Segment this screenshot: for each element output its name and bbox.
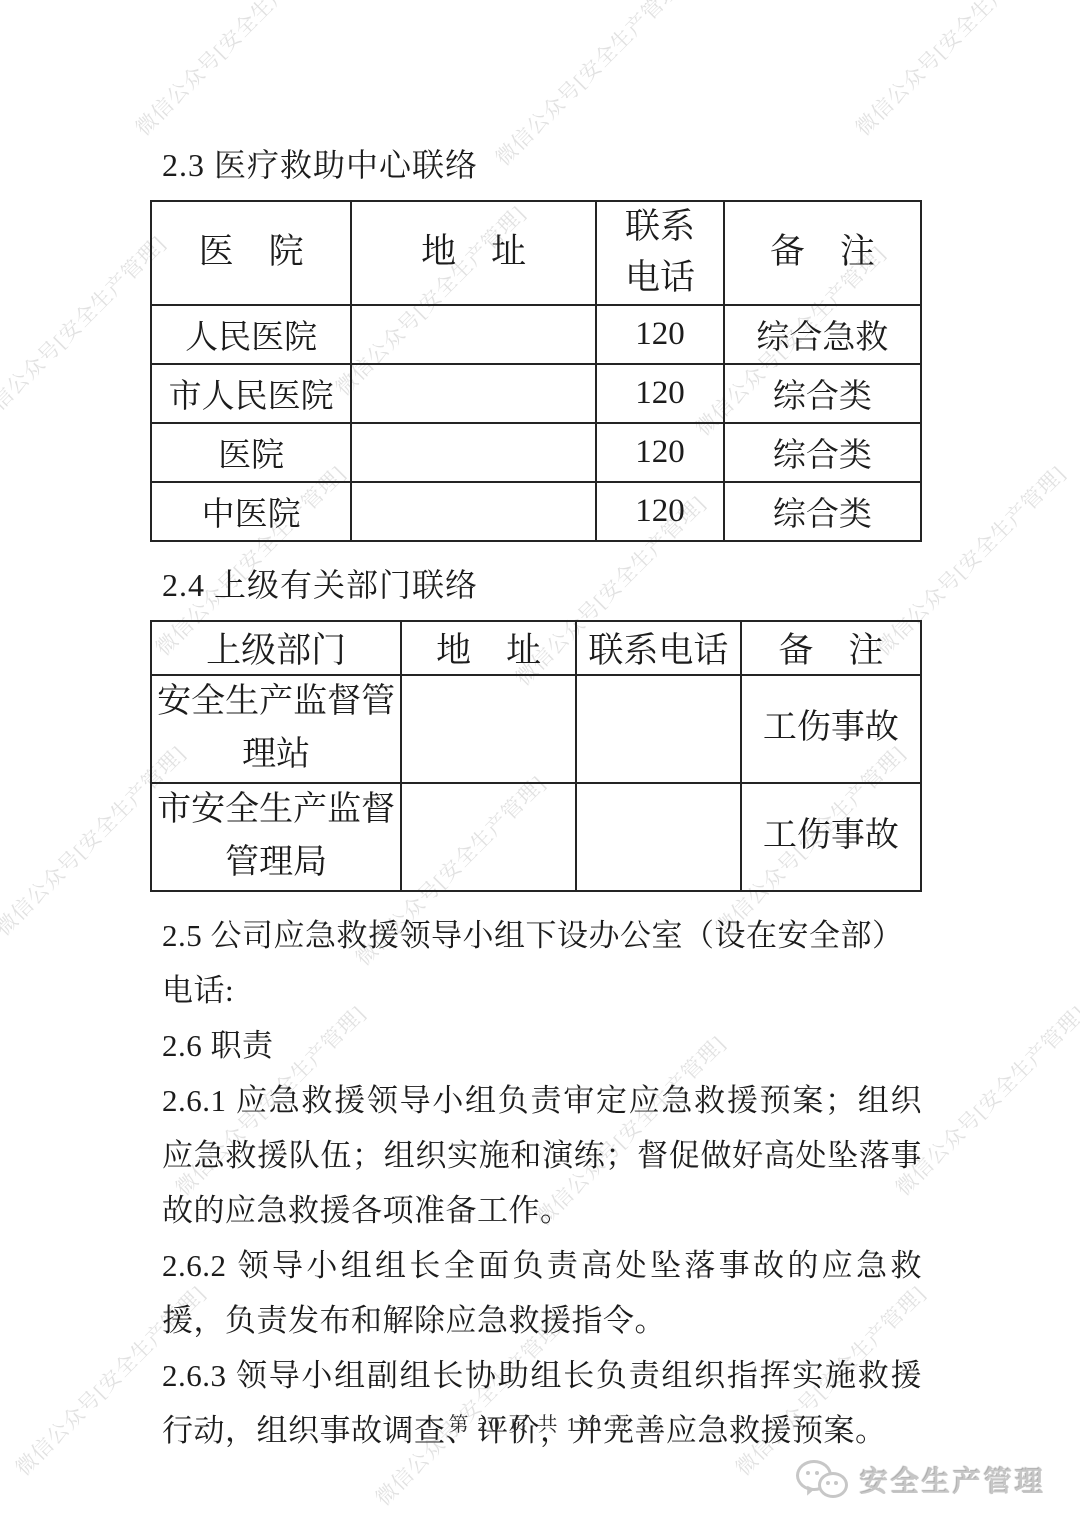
cell-address: [401, 675, 576, 783]
cell-hospital: 中医院: [151, 482, 351, 541]
header-hospital: 医 院: [151, 201, 351, 305]
header-note: 备 注: [741, 621, 921, 675]
cell-note: 综合类: [724, 423, 921, 482]
section-2-6-heading: 2.6 职责: [162, 1018, 922, 1073]
cell-phone: 120: [596, 305, 724, 364]
cell-hospital: 医院: [151, 423, 351, 482]
header-phone: 联系 电话: [596, 201, 724, 305]
cell-department: 市安全生产监督管理局: [151, 783, 401, 891]
table-row: 中医院 120 综合类: [151, 482, 921, 541]
header-address: 地 址: [351, 201, 596, 305]
bubble-tail: [803, 1486, 814, 1498]
header-address: 地 址: [401, 621, 576, 675]
header-phone: 联系电话: [576, 621, 741, 675]
watermark-text: 微信公众号[安全生产管理]: [128, 0, 332, 142]
bubble-eye: [815, 1471, 819, 1475]
bubble-eye: [834, 1481, 838, 1485]
section-2-4-heading: 2.4 上级有关部门联络: [162, 560, 922, 606]
page-number: 第 20 页 共 150 页: [0, 1408, 1080, 1437]
medical-rescue-table: 医 院 地 址 联系 电话 备 注 人民医院 120 综合急救 市人民医院 12…: [150, 200, 922, 542]
table-row: 医院 120 综合类: [151, 423, 921, 482]
header-note: 备 注: [724, 201, 921, 305]
wechat-bubble-small: [818, 1472, 848, 1498]
paragraph-2-6-3: 2.6.3 领导小组副组长协助组长负责组织指挥实施救援行动，组织事故调查、评价，…: [162, 1348, 922, 1458]
cell-address: [401, 783, 576, 891]
cell-hospital: 人民医院: [151, 305, 351, 364]
cell-hospital: 市人民医院: [151, 364, 351, 423]
bubble-eye: [826, 1481, 830, 1485]
cell-address: [351, 305, 596, 364]
paragraph-2-6-1: 2.6.1 应急救援领导小组负责审定应急救援预案；组织应急救援队伍；组织实施和演…: [162, 1073, 922, 1238]
cell-department: 安全生产监督管理站: [151, 675, 401, 783]
brand-logo: 安全生产管理: [794, 1456, 1046, 1504]
cell-address: [351, 423, 596, 482]
paragraph-2-6-2: 2.6.2 领导小组组长全面负责高处坠落事故的应急救援，负责发布和解除应急救援指…: [162, 1238, 922, 1348]
watermark-text: 微信公众号[安全生产管理]: [848, 0, 1052, 142]
paragraph-2-5: 2.5 公司应急救援领导小组下设办公室（设在安全部）: [162, 908, 922, 963]
header-department: 上级部门: [151, 621, 401, 675]
authority-contact-table: 上级部门 地 址 联系电话 备 注 安全生产监督管理站 工伤事故 市安全生产监督…: [150, 620, 922, 892]
cell-note: 综合急救: [724, 305, 921, 364]
table-header-row: 医 院 地 址 联系 电话 备 注: [151, 201, 921, 305]
cell-address: [351, 364, 596, 423]
cell-note: 工伤事故: [741, 675, 921, 783]
table-row: 人民医院 120 综合急救: [151, 305, 921, 364]
table-row: 市安全生产监督管理局 工伤事故: [151, 783, 921, 891]
brand-name: 安全生产管理: [860, 1460, 1046, 1500]
cell-note: 工伤事故: [741, 783, 921, 891]
cell-phone: 120: [596, 364, 724, 423]
cell-phone: [576, 783, 741, 891]
document-page: { "watermark": { "text": "微信公众号[安全生产管理]"…: [0, 0, 1080, 1528]
table-row: 市人民医院 120 综合类: [151, 364, 921, 423]
body-paragraphs: 2.5 公司应急救援领导小组下设办公室（设在安全部） 电话: 2.6 职责 2.…: [150, 908, 922, 1458]
table-header-row: 上级部门 地 址 联系电话 备 注: [151, 621, 921, 675]
cell-phone: [576, 675, 741, 783]
wechat-icon: [794, 1456, 850, 1504]
cell-address: [351, 482, 596, 541]
bubble-eye: [806, 1471, 810, 1475]
watermark-text: 微信公众号[安全生产管理]: [0, 228, 172, 432]
cell-note: 综合类: [724, 364, 921, 423]
cell-phone: 120: [596, 482, 724, 541]
cell-phone: 120: [596, 423, 724, 482]
cell-note: 综合类: [724, 482, 921, 541]
phone-line: 电话:: [162, 963, 922, 1018]
table-row: 安全生产监督管理站 工伤事故: [151, 675, 921, 783]
document-content: 2.3 医疗救助中心联络 医 院 地 址 联系 电话 备 注 人民医院 120 …: [150, 140, 922, 1458]
section-2-3-heading: 2.3 医疗救助中心联络: [162, 140, 922, 186]
